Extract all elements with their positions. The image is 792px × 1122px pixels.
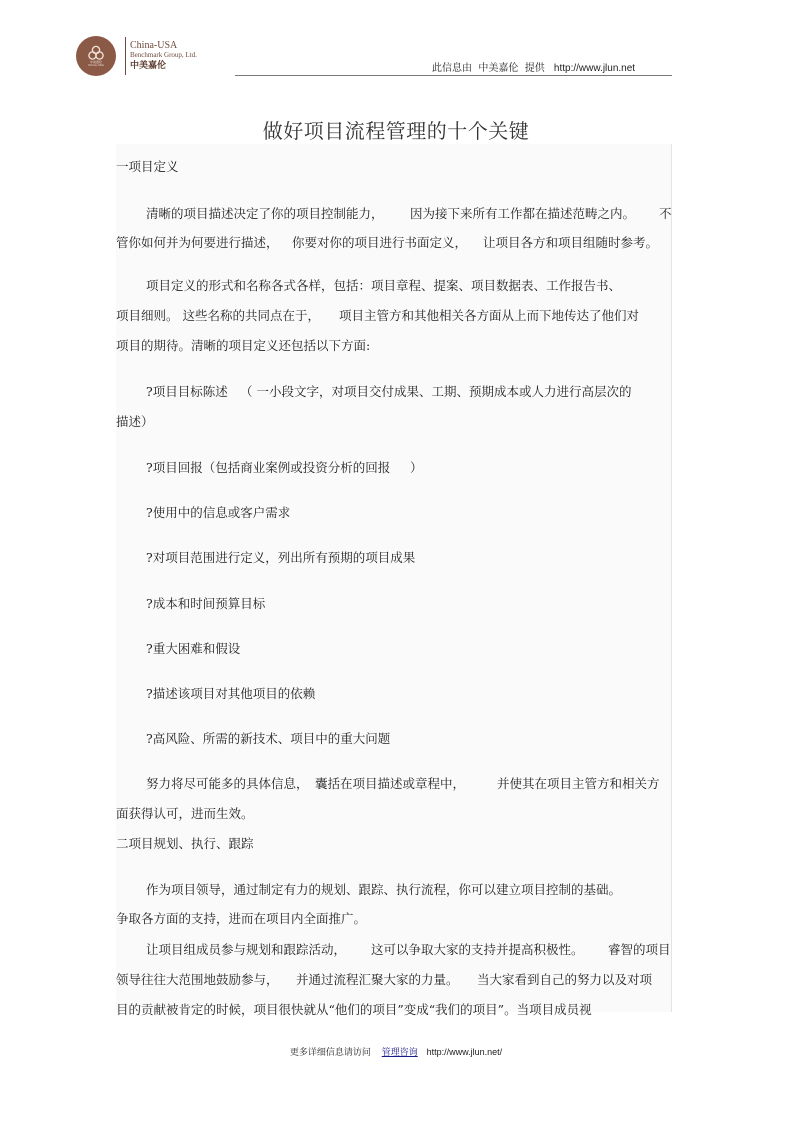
text-segment: 项目细则。 这些名称的共同点在于， [116,306,320,324]
paragraph-4-line-1: 作为项目领导，通过制定有力的规划、跟踪、执行流程，你可以建立项目控制的基础。 [146,880,621,898]
logo-badge: 中美嘉伦 China USA [76,36,116,76]
text-segment: 不 [659,204,672,222]
text-segment: 因为接下来所有工作都在描述范畴之内。 [410,204,635,222]
logo-name-line2: Benchmark Group, Ltd. [130,51,197,60]
bullet-4: ?对项目范围进行定义，列出所有预期的项目成果 [146,548,415,566]
section-heading-2: 二项目规划、执行、跟踪 [116,834,254,852]
text-segment: 这可以争取大家的支持并提高积极性。 [371,940,584,958]
knot-emblem-icon [87,45,105,61]
bullet-5: ?成本和时间预算目标 [146,594,265,612]
text-segment: ） [410,458,423,476]
logo-name-line1: China-USA [130,40,197,51]
footer-text: 更多详细信息请访问 [290,1048,371,1058]
logo-badge-en: China USA [88,64,104,68]
logo-name-cn: 中美嘉伦 [130,60,197,72]
text-segment: 项目主管方和其他相关各方面从上而下地传达了他们对 [339,306,639,324]
text-segment: （ 一小段文字，对项目交付成果、工期、预期成本或人力进行高层次的 [240,382,631,400]
text-segment: ?项目回报（包括商业案例或投资分析的回报 [146,458,390,476]
text-segment: 当大家看到自己的努力以及对项 [477,970,652,988]
page-footer: 更多详细信息请访问 管理咨询 http://www.jlun.net/ [0,1045,792,1058]
text-segment: ?项目目标陈述 [146,382,228,400]
document-body: 一项目定义 清晰的项目描述决定了你的项目控制能力， 因为接下来所有工作都在描述范… [116,144,672,1012]
text-segment: 囊括在项目描述或章程中， [315,774,465,792]
header-rule [235,75,672,76]
bullet-8: ?高风险、所需的新技术、项目中的重大问题 [146,729,390,747]
section-heading-1: 一项目定义 [116,157,179,175]
text-segment: 睿智的项目 [608,940,671,958]
paragraph-4-line-2: 争取各方面的支持，进而在项目内全面推广。 [116,909,366,927]
company-logo: 中美嘉伦 China USA China-USA Benchmark Group… [76,36,197,76]
text-segment: 清晰的项目描述决定了你的项目控制能力， [146,204,384,222]
paragraph-3-line-2: 面获得认可，进而生效。 [116,804,254,822]
footer-url-link[interactable]: http://www.jlun.net/ [427,1047,503,1057]
text-segment: 并通过流程汇聚大家的力量。 [296,970,459,988]
bullet-6: ?重大困难和假设 [146,639,240,657]
text-segment: 让项目组成员参与规划和跟踪活动， [146,940,346,958]
bullet-3: ?使用中的信息或客户需求 [146,503,290,521]
text-segment: 领导往往大范围地鼓励参与， [116,970,279,988]
text-segment: 努力将尽可能多的具体信息， [146,774,309,792]
text-segment: 管你如何并为何要进行描述， [116,233,279,251]
header-info-text: 此信息由 中美嘉伦 提供 [432,63,545,74]
text-segment: 你要对你的项目进行书面定义， [292,233,467,251]
bullet-1-line-2: 描述） [116,412,154,430]
logo-text: China-USA Benchmark Group, Ltd. 中美嘉伦 [130,40,197,72]
paragraph-2-line-3: 项目的期待。清晰的项目定义还包括以下方面: [116,336,370,354]
text-segment: 并使其在项目主管方和相关方 [497,774,660,792]
header-url-link[interactable]: http://www.jlun.net [554,63,635,74]
header-info: 此信息由 中美嘉伦 提供 http://www.jlun.net [432,59,635,74]
logo-divider [125,37,126,75]
footer-consulting-link[interactable]: 管理咨询 [382,1048,418,1058]
text-segment: 让项目各方和项目组随时参考。 [483,233,658,251]
bullet-7: ?描述该项目对其他项目的依赖 [146,684,315,702]
paragraph-2-line-1: 项目定义的形式和名称各式各样，包括：项目章程、提案、项目数据表、工作报告书、 [146,276,621,294]
paragraph-5-line-3: 目的贡献被肯定的时候，项目很快就从“他们的项目”变成“我们的项目”。当项目成员视 [116,1000,592,1018]
document-title: 做好项目流程管理的十个关键 [0,115,792,144]
